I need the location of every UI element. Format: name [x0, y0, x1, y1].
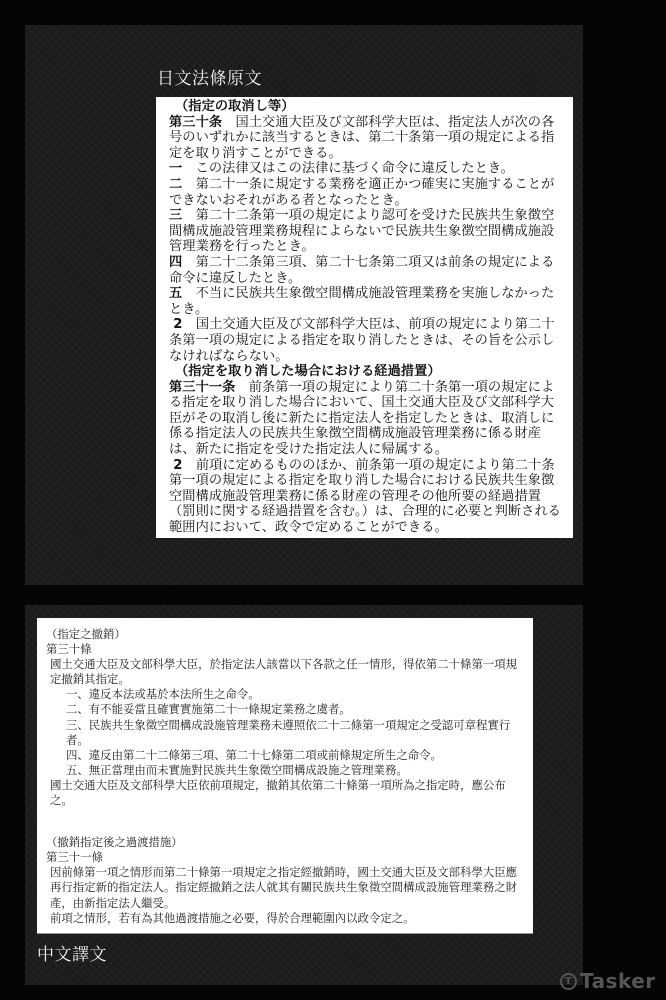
article30-paragraph-2: 2 国土交通大臣及び文部科学大臣は、前項の規定により第二十条第一項の規定による指…: [169, 317, 563, 364]
article31-paragraph-2: 2 前項に定めるもののほか、前条第一項の規定により第二十条第一項の規定による指定…: [169, 458, 563, 536]
watermark-text: Tasker: [580, 969, 656, 993]
article30-item-5: 五 不当に民族共生象徴空間構成施設管理業務を実施しなかったとき。: [169, 286, 563, 317]
article31-heading-zh: 第三十一條: [46, 850, 527, 865]
article30-intro-zh: 國土交通大臣及文部科學大臣，於指定法人該當以下各款之任一情形，得依第二十條第一項…: [46, 657, 527, 687]
article30-heading: 第三十条: [169, 115, 222, 130]
article31-paragraph-1: 第三十一条 前条第一項の規定により第二十条第一項の規定による指定を取り消した場合…: [169, 380, 563, 458]
japanese-section-label: 日文法條原文: [157, 64, 262, 89]
article31-paragraph-1-zh: 因前條第一項之情形而第二十條第一項規定之指定經撤銷時，國土交通大臣及文部科學大臣…: [46, 865, 527, 910]
article30-caption-zh: （指定之撤銷）: [46, 627, 527, 642]
article30-item-1-zh: 一、違反本法或基於本法所生之命令。: [46, 687, 527, 702]
article31-caption-zh: （撤銷指定後之過渡措施）: [46, 835, 527, 850]
article30-item-2: 二 第二十一条に規定する業務を適正かつ確実に実施することができないおそれがある者…: [169, 177, 563, 208]
article30-item-3: 三 第二十二条第一項の規定により認可を受けた民族共生象徴空間構成施設管理業務規程…: [169, 208, 563, 255]
article30-item-3-zh: 三、民族共生象徵空間構成設施管理業務未遵照依二十二條第一項規定之受認可章程實行者…: [46, 718, 527, 748]
article30-item-5-zh: 五、無正當理由而未實施對民族共生象徵空間構成設施之管理業務。: [46, 763, 527, 778]
article30-paragraph-2-zh: 國土交通大臣及文部科學大臣依前項規定，撤銷其依第二十條第一項所為之指定時，應公布…: [46, 778, 527, 808]
article30-item-4-zh: 四、違反由第二十二條第三項、第二十七條第二項或前條規定所生之命令。: [46, 748, 527, 763]
article30-item-2-zh: 二、有不能妥當且確實實施第二十一條規定業務之虞者。: [46, 702, 527, 717]
article30-heading-zh: 第三十條: [46, 642, 527, 657]
article30-item-4: 四 第二十二条第三項、第二十七条第二項又は前条の規定による命令に違反したとき。: [169, 255, 563, 286]
chinese-translation-card: （指定之撤銷） 第三十條 國土交通大臣及文部科學大臣，於指定法人該當以下各款之任…: [37, 618, 533, 934]
chinese-section-label: 中文譯文: [37, 940, 107, 965]
article30-intro: 第三十条 国土交通大臣及び文部科学大臣は、指定法人が次の各号のいずれかに該当する…: [169, 115, 563, 162]
article31-caption: （指定を取り消した場合における経過措置）: [169, 364, 563, 380]
japanese-law-text-card: （指定の取消し等） 第三十条 国土交通大臣及び文部科学大臣は、指定法人が次の各号…: [156, 97, 573, 538]
article31-paragraph-2-zh: 前項之情形，若有為其他過渡措施之必要，得於合理範圍內以政令定之。: [46, 911, 527, 926]
spacer: [46, 808, 527, 835]
article31-heading: 第三十一条: [169, 380, 235, 395]
tasker-watermark: T Tasker: [560, 969, 656, 993]
article30-item-1: 一 この法律又はこの法律に基づく命令に違反したとき。: [169, 161, 563, 177]
article30-caption: （指定の取消し等）: [169, 99, 563, 115]
tasker-logo-icon: T: [560, 973, 577, 990]
